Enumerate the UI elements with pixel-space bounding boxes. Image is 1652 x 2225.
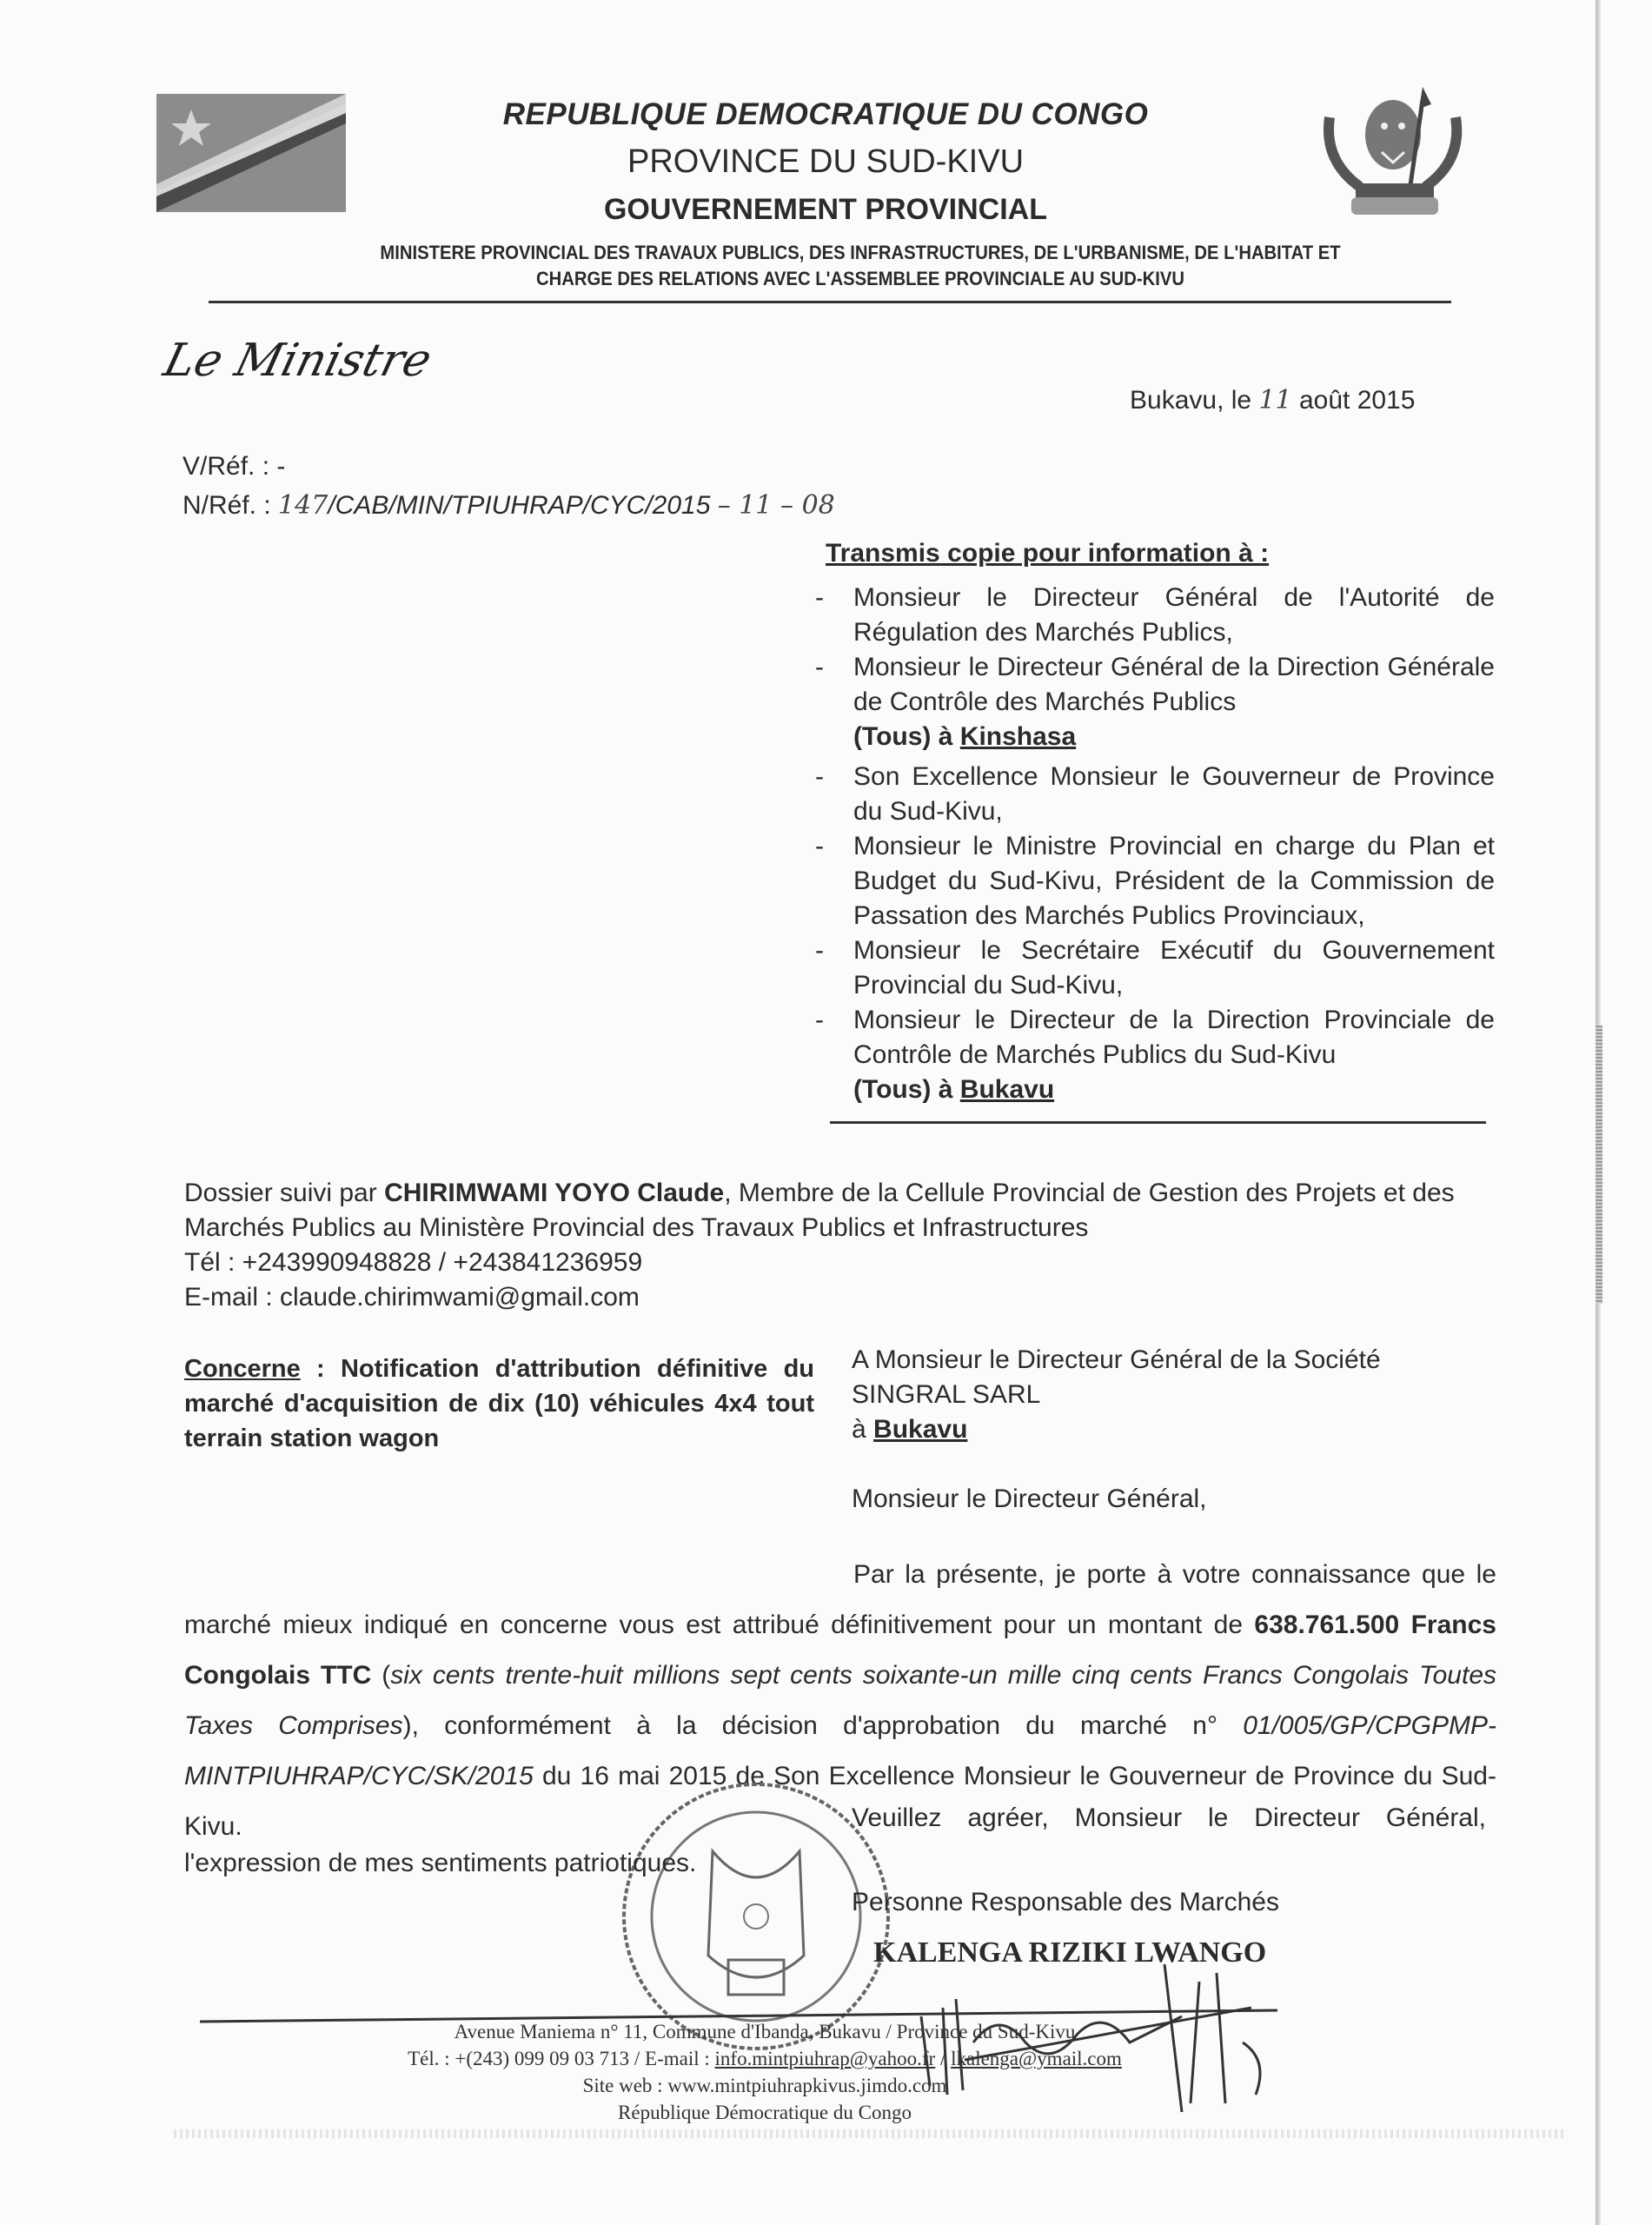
- closing-line-1: Veuillez agréer, Monsieur le Directeur G…: [852, 1803, 1486, 1833]
- ministry-title: MINISTERE PROVINCIAL DES TRAVAUX PUBLICS…: [309, 240, 1412, 292]
- date-day-handwritten: 11: [1258, 385, 1291, 415]
- scan-edge-shadow: [1596, 1026, 1602, 1304]
- salutation: Monsieur le Directeur Général,: [852, 1484, 1207, 1514]
- addressee-company: SINGRAL SARL: [852, 1378, 1486, 1412]
- signatory-heading: Le Ministre: [159, 335, 437, 387]
- drc-coat-of-arms-icon: [1317, 83, 1469, 222]
- republic-title: REPUBLIQUE DEMOCRATIQUE DU CONGO: [348, 97, 1304, 132]
- dossier-contact-name: CHIRIMWAMI YOYO Claude: [384, 1179, 724, 1207]
- addressee: A Monsieur le Directeur Général de la So…: [852, 1343, 1486, 1447]
- dossier-email: E-mail : claude.chirimwami@gmail.com: [184, 1280, 1496, 1315]
- dossier-phone: Tél : +243990948828 / +243841236959: [184, 1245, 1496, 1280]
- footer-contact: Tél. : +(243) 099 09 03 713 / E-mail : i…: [374, 2045, 1156, 2072]
- your-reference: V/Réf. : -: [182, 452, 285, 482]
- addressee-line-1: A Monsieur le Directeur Général de la So…: [852, 1343, 1486, 1378]
- copy-recipient: -Monsieur le Secrétaire Exécutif du Gouv…: [808, 933, 1495, 1003]
- copy-recipient: -Monsieur le Directeur Général de la Dir…: [808, 650, 1495, 720]
- date-suffix: août 2015: [1299, 386, 1415, 415]
- scan-noise: [174, 2129, 1564, 2138]
- subject: Concerne : Notification d'attribution dé…: [184, 1352, 814, 1456]
- government-title: GOUVERNEMENT PROVINCIAL: [348, 193, 1304, 227]
- header-divider: [209, 301, 1451, 303]
- letterhead-footer: Avenue Maniema n° 11, Commune d'Ibanda, …: [374, 2018, 1156, 2126]
- footer-website[interactable]: Site web : www.mintpiuhrapkivus.jimdo.co…: [374, 2072, 1156, 2099]
- copies-destination-kinshasa: (Tous) à Kinshasa: [808, 720, 1495, 754]
- date-prefix: Bukavu, le: [1130, 386, 1251, 415]
- footer-country: République Démocratique du Congo: [374, 2099, 1156, 2126]
- addressee-city: à Bukavu: [852, 1412, 1486, 1447]
- ministry-line-1: MINISTERE PROVINCIAL DES TRAVAUX PUBLICS…: [309, 240, 1412, 266]
- province-title: PROVINCE DU SUD-KIVU: [348, 143, 1304, 181]
- copies-divider: [830, 1121, 1486, 1124]
- dossier-info: Dossier suivi par CHIRIMWAMI YOYO Claude…: [184, 1176, 1496, 1315]
- copies-title: Transmis copie pour information à :: [826, 539, 1269, 568]
- nref-number: 147: [278, 490, 328, 521]
- letter-date: Bukavu, le 11 août 2015: [1130, 385, 1415, 415]
- closing-line-2: l'expression de mes sentiments patriotiq…: [184, 1849, 696, 1878]
- copy-recipient: -Son Excellence Monsieur le Gouverneur d…: [808, 760, 1495, 829]
- copy-recipient: -Monsieur le Directeur de la Direction P…: [808, 1003, 1495, 1073]
- footer-email-1[interactable]: info.mintpiuhrap@yahoo.fr: [715, 2048, 936, 2069]
- ministry-line-2: CHARGE DES RELATIONS AVEC L'ASSEMBLEE PR…: [309, 266, 1412, 292]
- nref-code: /CAB/MIN/TPIUHRAP/CYC/2015: [328, 491, 710, 520]
- copy-recipient: -Monsieur le Directeur Général de l'Auto…: [808, 581, 1495, 650]
- subject-label: Concerne: [184, 1355, 301, 1383]
- dossier-followed-by: Dossier suivi par CHIRIMWAMI YOYO Claude…: [184, 1176, 1496, 1245]
- nref-date: – 11 – 08: [718, 490, 835, 521]
- copies-destination-bukavu: (Tous) à Bukavu: [808, 1073, 1495, 1107]
- copies-list: -Monsieur le Directeur Général de l'Auto…: [808, 581, 1495, 1112]
- nref-label: N/Réf. :: [182, 491, 271, 520]
- our-reference: N/Réf. : 147/CAB/MIN/TPIUHRAP/CYC/2015 –…: [182, 490, 835, 521]
- footer-address: Avenue Maniema n° 11, Commune d'Ibanda, …: [374, 2018, 1156, 2045]
- footer-email-2[interactable]: lkalenga@ymail.com: [951, 2048, 1122, 2069]
- drc-flag-icon: [156, 94, 346, 212]
- copy-recipient: -Monsieur le Ministre Provincial en char…: [808, 829, 1495, 933]
